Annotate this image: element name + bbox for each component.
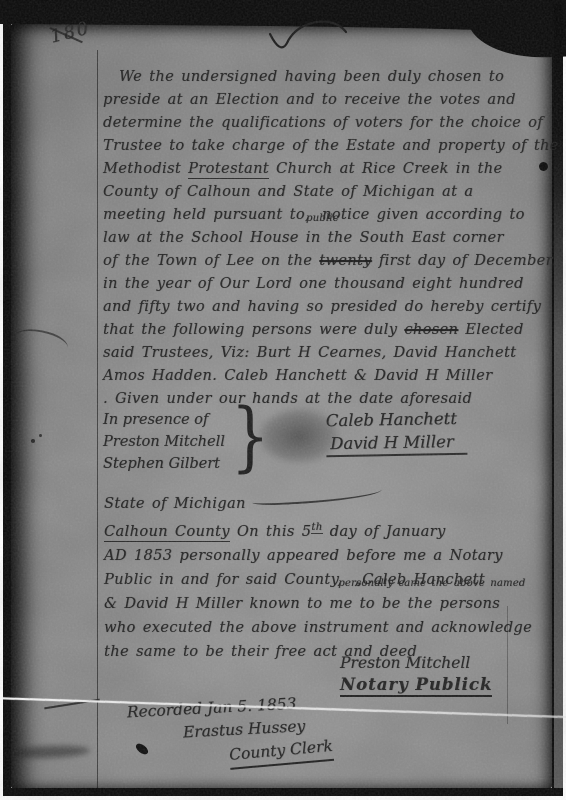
handwritten-line: Public in and for said County,personally… [104,568,532,592]
handwritten-line: Amos Hadden. Caleb Hanchett & David H Mi… [103,365,559,388]
inserted-text: personally came the above named [338,572,525,596]
signature: Caleb Hanchett [326,407,468,432]
text-segment: We the undersigned having been duly chos… [119,69,504,85]
text-segment-strike: twenty [319,253,372,269]
text-segment: law at the School House in the South Eas… [103,230,504,246]
trustee-signatures: Caleb Hanchett David H Miller [326,407,468,455]
text-segment: Church at Rice Creek in the [269,161,502,177]
text-segment: County of Calhoun and State of Michigan … [103,184,473,200]
text-segment-u: Calhoun County [104,524,230,542]
handwritten-line: County of Calhoun and State of Michigan … [103,181,559,204]
text-segment: State of Michigan [104,496,246,512]
text-segment: and fifty two and having so presided do … [103,299,541,315]
text-segment-u: Protestant [188,161,269,179]
scanned-document-page: 180 We the undersigned having been duly … [0,0,566,800]
text-segment: Elected [458,322,523,338]
text-segment: said Trustees, Viz: Burt H Cearnes, Davi… [103,345,516,361]
text-segment: Methodist [103,161,188,177]
witness-block: In presence of Preston Mitchell Stephen … [103,409,225,475]
text-segment: day of January [323,524,446,540]
handwritten-line: Trustee to take charge of the Estate and… [103,135,559,158]
text-segment: in the year of Our Lord one thousand eig… [103,276,524,292]
text-segment: On this 5 [230,524,312,540]
witness-name: Preston Mitchell [103,431,225,453]
handwritten-line: of the Town of Lee on the twenty first d… [103,250,559,273]
handwritten-line: Methodist Protestant Church at Rice Cree… [103,158,559,181]
handwritten-line: meeting held pursuant to,public notice g… [103,204,559,227]
ink-speck [31,439,35,443]
signature: David H Miller [326,432,468,457]
scan-frame-bottom [3,788,563,796]
handwritten-line: who executed the above instrument and ac… [104,616,532,640]
handwritten-line: We the undersigned having been duly chos… [103,66,559,89]
margin-rule-line [97,50,98,788]
text-segment-sup: th [311,522,322,534]
check-mark-icon [266,18,350,60]
signature: Preston Mitchell [340,652,492,674]
handwritten-line: in the year of Our Lord one thousand eig… [103,273,559,296]
text-segment: . Given under our hands at the date afor… [103,391,472,407]
handwritten-line: and fifty two and having so presided do … [103,296,559,319]
handwritten-line: AD 1853 personally appeared before me a … [104,544,532,568]
text-segment: that the following persons were duly [103,322,404,338]
handwritten-line: Calhoun County On this 5th day of Januar… [104,516,532,544]
text-segment: AD 1853 personally appeared before me a … [104,548,503,564]
handwritten-line: preside at an Election and to receive th… [103,89,559,112]
text-segment-strike: chosen [404,322,458,338]
text-segment: of the Town of Lee on the [103,253,319,269]
ink-smudge [258,408,340,464]
handwritten-line: law at the School House in the South Eas… [103,227,559,250]
acknowledgment-text: State of MichiganCalhoun County On this … [104,492,532,664]
text-segment: & David H Miller known to me to be the p… [104,596,500,612]
witness-name: Stephen Gilbert [103,453,225,475]
text-segment: preside at an Election and to receive th… [103,92,516,108]
text-segment: Public in and for said County, [104,572,342,588]
scan-frame-left [3,4,11,795]
scratch-mark [507,606,508,724]
notary-block: Preston Mitchell Notary Publick [340,652,492,696]
ink-speck [39,434,42,437]
notary-title-signature: Notary Publick [340,675,492,697]
handwritten-line: . Given under our hands at the date afor… [103,388,559,411]
inserted-text: public [306,207,338,230]
witness-heading: In presence of [103,409,225,431]
main-record-text: We the undersigned having been duly chos… [103,66,559,411]
handwritten-line: State of Michigan [104,492,532,516]
text-segment: notice given according to [315,207,525,223]
handwritten-line: that the following persons were duly cho… [103,319,559,342]
text-segment: who executed the above instrument and ac… [104,620,532,636]
handwritten-line: said Trustees, Viz: Burt H Cearnes, Davi… [103,342,559,365]
text-segment: Trustee to take charge of the Estate and… [103,138,559,154]
text-segment: determine the qualifications of voters f… [103,115,543,131]
text-segment: Amos Hadden. Caleb Hanchett & David H Mi… [103,368,492,384]
ink-blot [539,162,548,171]
text-segment: meeting held pursuant to, [103,207,310,223]
handwritten-line: determine the qualifications of voters f… [103,112,559,135]
text-segment: first day of December [372,253,553,269]
